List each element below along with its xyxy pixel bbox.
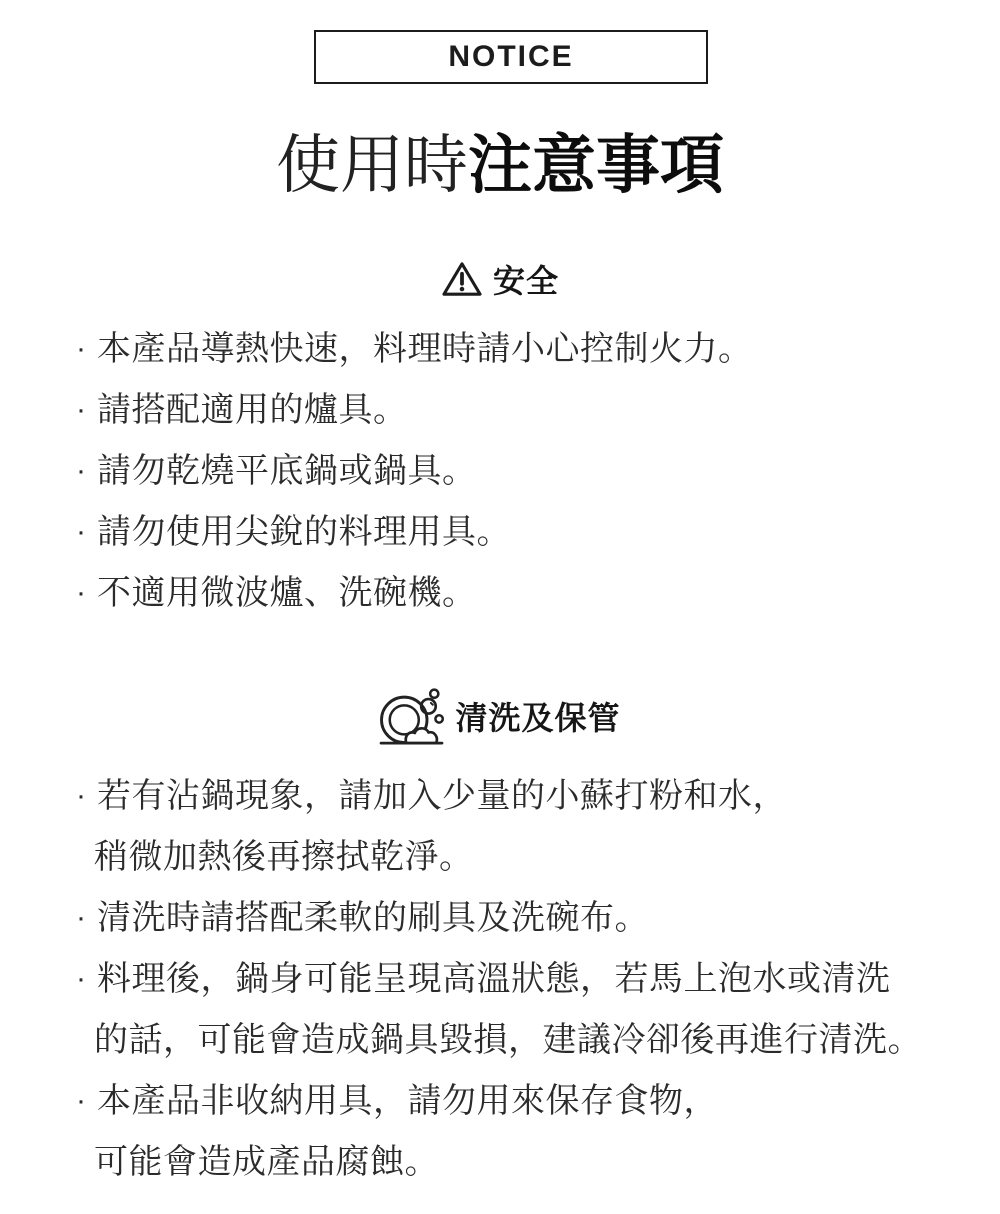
list-item: · 本產品非收納用具，請勿用來保存食物， <box>76 1079 970 1123</box>
bullet-icon: · <box>76 774 97 818</box>
list-item-continuation: 可能會造成產品腐蝕。 <box>76 1140 970 1184</box>
bullet-icon: · <box>76 1079 97 1123</box>
bullet-icon: · <box>76 571 97 615</box>
bullet-icon: · <box>76 449 97 493</box>
safety-heading-label: 安全 <box>493 256 559 302</box>
bullet-icon: · <box>76 388 97 432</box>
notice-page: NOTICE 使用時注意事項 安全 · 本產品導熱快速，料理時請小心控制火力。 … <box>0 0 1000 1214</box>
list-item-text: 稍微加熱後再擦拭乾淨。 <box>94 835 474 879</box>
bullet-icon: · <box>76 510 97 554</box>
notice-box: NOTICE <box>314 30 708 84</box>
list-item: · 請搭配適用的爐具。 <box>76 388 970 432</box>
notice-label: NOTICE <box>448 40 573 74</box>
cleaning-list: · 若有沾鍋現象，請加入少量的小蘇打粉和水， 稍微加熱後再擦拭乾淨。 · 清洗時… <box>76 774 970 1201</box>
list-item-text: 請勿使用尖銳的料理用具。 <box>97 510 511 554</box>
list-item-text: 清洗時請搭配柔軟的刷具及洗碗布。 <box>97 896 649 940</box>
list-item-continuation: 稍微加熱後再擦拭乾淨。 <box>76 835 970 879</box>
list-item-text: 請勿乾燒平底鍋或鍋具。 <box>97 449 477 493</box>
list-item-text: 料理後，鍋身可能呈現高溫狀態，若馬上泡水或清洗 <box>97 957 891 1001</box>
list-item-text: 若有沾鍋現象，請加入少量的小蘇打粉和水， <box>97 774 787 818</box>
safety-section-heading: 安全 <box>0 256 1000 302</box>
bullet-icon: · <box>76 957 97 1001</box>
list-item: · 本產品導熱快速，料理時請小心控制火力。 <box>76 327 970 371</box>
list-item: · 請勿乾燒平底鍋或鍋具。 <box>76 449 970 493</box>
page-title-light: 使用時 <box>276 129 468 201</box>
bullet-icon: · <box>76 327 97 371</box>
list-item-text: 的話，可能會造成鍋具毀損，建議冷卻後再進行清洗。 <box>94 1018 922 1062</box>
cleaning-heading-label: 清洗及保管 <box>455 693 620 739</box>
list-item: · 不適用微波爐、洗碗機。 <box>76 571 970 615</box>
list-item-text: 不適用微波爐、洗碗機。 <box>97 571 477 615</box>
list-item: · 若有沾鍋現象，請加入少量的小蘇打粉和水， <box>76 774 970 818</box>
page-title-bold: 注意事項 <box>468 129 724 201</box>
safety-list: · 本產品導熱快速，料理時請小心控制火力。 · 請搭配適用的爐具。 · 請勿乾燒… <box>76 327 970 632</box>
page-title: 使用時注意事項 <box>0 128 1000 202</box>
list-item-continuation: 的話，可能會造成鍋具毀損，建議冷卻後再進行清洗。 <box>76 1018 970 1062</box>
list-item-text: 本產品非收納用具，請勿用來保存食物， <box>97 1079 718 1123</box>
dish-washing-icon <box>379 686 445 746</box>
list-item-text: 請搭配適用的爐具。 <box>97 388 408 432</box>
cleaning-section-heading: 清洗及保管 <box>0 684 1000 748</box>
list-item: · 料理後，鍋身可能呈現高溫狀態，若馬上泡水或清洗 <box>76 957 970 1001</box>
warning-triangle-icon <box>441 260 483 298</box>
list-item: · 請勿使用尖銳的料理用具。 <box>76 510 970 554</box>
list-item: · 清洗時請搭配柔軟的刷具及洗碗布。 <box>76 896 970 940</box>
bullet-icon: · <box>76 896 97 940</box>
list-item-text: 可能會造成產品腐蝕。 <box>94 1140 439 1184</box>
list-item-text: 本產品導熱快速，料理時請小心控制火力。 <box>97 327 753 371</box>
